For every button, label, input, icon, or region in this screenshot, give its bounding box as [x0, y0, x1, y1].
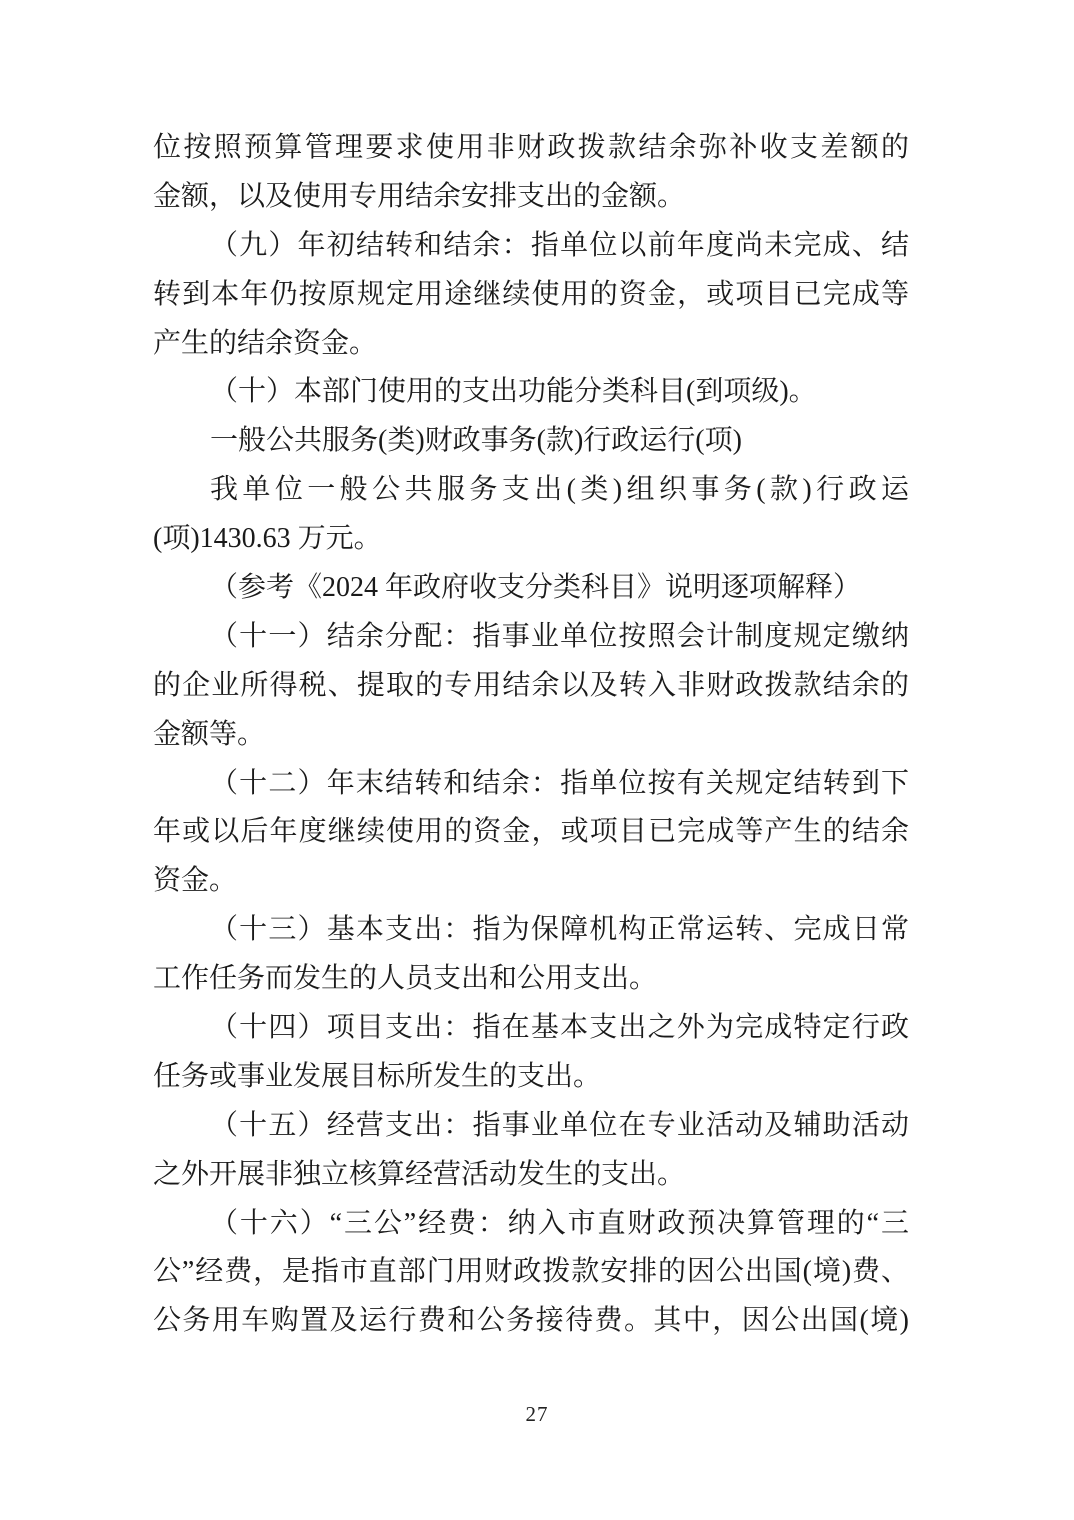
text-line: （参考《2024 年政府收支分类科目》说明逐项解释）: [153, 564, 909, 613]
text-line: 的企业所得税、提取的专用结余以及转入非财政拨款结余的: [153, 662, 909, 711]
text-line: 金额等。: [153, 711, 909, 760]
paragraph: （九）年初结转和结余：指单位以前年度尚未完成、结转到本年仍按原规定用途继续使用的…: [153, 222, 909, 369]
paragraph: （十一）结余分配：指事业单位按照会计制度规定缴纳的企业所得税、提取的专用结余以及…: [153, 613, 909, 760]
page-number: 27: [526, 1402, 549, 1426]
text-line: 产生的结余资金。: [153, 320, 909, 369]
text-line: 资金。: [153, 857, 909, 906]
text-line: （十）本部门使用的支出功能分类科目(到项级)。: [153, 368, 909, 417]
text-line: （十二）年末结转和结余：指单位按有关规定结转到下: [153, 760, 909, 809]
paragraph: （十）本部门使用的支出功能分类科目(到项级)。: [153, 368, 909, 417]
paragraph: 一般公共服务(类)财政事务(款)行政运行(项): [153, 417, 909, 466]
text-line: （十一）结余分配：指事业单位按照会计制度规定缴纳: [153, 613, 909, 662]
text-line: 之外开展非独立核算经营活动发生的支出。: [153, 1151, 909, 1200]
paragraph: （十二）年末结转和结余：指单位按有关规定结转到下年或以后年度继续使用的资金，或项…: [153, 760, 909, 907]
text-line: 公”经费，是指市直部门用财政拨款安排的因公出国(境)费、: [153, 1248, 909, 1297]
text-line: （十三）基本支出：指为保障机构正常运转、完成日常: [153, 906, 909, 955]
text-line: 转到本年仍按原规定用途继续使用的资金，或项目已完成等: [153, 271, 909, 320]
text-line: 年或以后年度继续使用的资金，或项目已完成等产生的结余: [153, 808, 909, 857]
paragraph: （十六）“三公”经费：纳入市直财政预决算管理的“三公”经费，是指市直部门用财政拨…: [153, 1200, 909, 1347]
paragraph: 我单位一般公共服务支出(类)组织事务(款)行政运(项)1430.63 万元。: [153, 466, 909, 564]
text-line: 一般公共服务(类)财政事务(款)行政运行(项): [153, 417, 909, 466]
text-line: 工作任务而发生的人员支出和公用支出。: [153, 955, 909, 1004]
text-line: 位按照预算管理要求使用非财政拨款结余弥补收支差额的: [153, 124, 909, 173]
paragraph: （参考《2024 年政府收支分类科目》说明逐项解释）: [153, 564, 909, 613]
text-line: （十四）项目支出：指在基本支出之外为完成特定行政: [153, 1004, 909, 1053]
text-line: (项)1430.63 万元。: [153, 515, 909, 564]
page-footer: 27: [0, 1402, 1074, 1427]
paragraph: （十三）基本支出：指为保障机构正常运转、完成日常工作任务而发生的人员支出和公用支…: [153, 906, 909, 1004]
paragraph: （十四）项目支出：指在基本支出之外为完成特定行政任务或事业发展目标所发生的支出。: [153, 1004, 909, 1102]
text-line: （九）年初结转和结余：指单位以前年度尚未完成、结: [153, 222, 909, 271]
document-body: 位按照预算管理要求使用非财政拨款结余弥补收支差额的金额，以及使用专用结余安排支出…: [153, 124, 909, 1346]
document-page: 位按照预算管理要求使用非财政拨款结余弥补收支差额的金额，以及使用专用结余安排支出…: [0, 0, 1074, 1520]
text-line: 我单位一般公共服务支出(类)组织事务(款)行政运: [153, 466, 909, 515]
text-line: 任务或事业发展目标所发生的支出。: [153, 1053, 909, 1102]
text-line: 公务用车购置及运行费和公务接待费。其中，因公出国(境): [153, 1297, 909, 1346]
paragraph: 位按照预算管理要求使用非财政拨款结余弥补收支差额的金额，以及使用专用结余安排支出…: [153, 124, 909, 222]
text-line: 金额，以及使用专用结余安排支出的金额。: [153, 173, 909, 222]
text-line: （十五）经营支出：指事业单位在专业活动及辅助活动: [153, 1102, 909, 1151]
paragraph: （十五）经营支出：指事业单位在专业活动及辅助活动之外开展非独立核算经营活动发生的…: [153, 1102, 909, 1200]
text-line: （十六）“三公”经费：纳入市直财政预决算管理的“三: [153, 1200, 909, 1249]
